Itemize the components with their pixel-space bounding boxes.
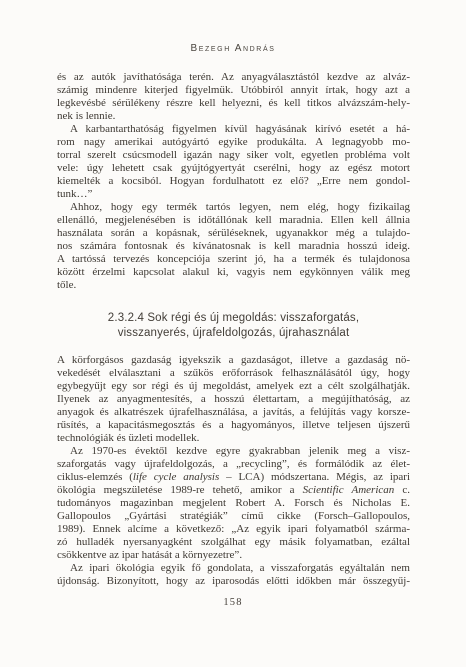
line-text: ökológia megszületése 1989-re tehető, am… — [57, 484, 303, 496]
text-line: A tartóssá tervezés koncepciója szerint … — [57, 253, 410, 266]
section-heading-line: visszanyerés, újrafeldolgozás, újrahaszn… — [61, 326, 406, 341]
book-page: Bezegh András és az autók javíthatósága … — [0, 0, 466, 667]
text-line: újdonság. Bizonyított, hogy az iparosodá… — [57, 575, 410, 588]
text-line: A karbantarthatóság figyelmen kívül hagy… — [57, 123, 410, 136]
line-text: zó hulladék nyersanyagként szolgálhat eg… — [57, 536, 410, 548]
line-text: technológiák és üzleti modellek. — [57, 432, 199, 444]
line-text: egybegyűjt egy sor régi és új megoldást,… — [57, 380, 410, 392]
text-line: legkevésbé sérülékeny részre kell helyez… — [57, 97, 410, 110]
text-line: vekedését elválasztani a szűkös erőforrá… — [57, 367, 410, 380]
line-text: Ilyenek az anyagmentesítés, a hosszú éle… — [57, 393, 410, 405]
running-head: Bezegh András — [0, 43, 466, 54]
line-text: Az 1970-es évektől kezdve egyre gyakrabb… — [70, 445, 410, 457]
text-line: rűsítés, a kapacitásmegosztás és a hagyo… — [57, 419, 410, 432]
text-line: között érzelmi kapcsolat alakul ki, vagy… — [57, 266, 410, 279]
line-text: A körforgásos gazdaság igyekszik a gazda… — [57, 354, 410, 366]
line-text: Ahhoz, hogy egy termék tartós legyen, ne… — [70, 201, 410, 213]
line-text: tudományos magazinban megjelent Robert A… — [57, 497, 410, 509]
line-text: nek is lennie. — [57, 110, 115, 122]
line-text: – LCA) módszertana. Mégis, az ipari — [219, 471, 410, 483]
line-text: rűsítés, a kapacitásmegosztás és a hagyo… — [57, 419, 410, 431]
text-line: ökológia megszületése 1989-re tehető, am… — [57, 484, 410, 497]
text-line: rom nagy amerikai autógyártó egyike prod… — [57, 136, 410, 149]
text-line: zó hulladék nyersanyagként szolgálhat eg… — [57, 536, 410, 549]
text-line: Ilyenek az anyagmentesítés, a hosszú éle… — [57, 393, 410, 406]
italic-journal-name: Scientific American — [303, 484, 395, 496]
text-line: egybegyűjt egy sor régi és új megoldást,… — [57, 380, 410, 393]
line-text: legkevésbé sérülékeny részre kell helyez… — [57, 97, 410, 109]
line-text: rom nagy amerikai autógyártó egyike prod… — [57, 136, 410, 148]
line-text: használata során a kopásnak, sérülésekne… — [57, 227, 410, 239]
text-line: Gallopoulos „Gyártási stratégiák” című c… — [57, 510, 410, 523]
text-line: A körforgásos gazdaság igyekszik a gazda… — [57, 354, 410, 367]
text-line: Az ipari ökológia egyik fő gondolata, a … — [57, 562, 410, 575]
line-text: között érzelmi kapcsolat alakul ki, vagy… — [57, 266, 410, 278]
page-number: 158 — [0, 597, 466, 608]
line-text: kiemelték a kocsiból. Hogyan fordulhatot… — [57, 175, 410, 187]
section-heading-line: 2.3.2.4 Sok régi és új megoldás: visszaf… — [61, 311, 406, 326]
text-line: tőle. — [57, 279, 410, 292]
line-text: újdonság. Bizonyított, hogy az iparosodá… — [57, 575, 410, 587]
text-line: nek is lennie. — [57, 110, 410, 123]
line-text: tőle. — [57, 279, 76, 291]
text-line: torral szerelt csúcsmodell igazán nagy s… — [57, 149, 410, 162]
text-line: tunk…” — [57, 188, 410, 201]
line-text: vele: úgy lehetett csak gyújtógyertyát c… — [57, 162, 410, 174]
line-text: Az ipari ökológia egyik fő gondolata, a … — [70, 562, 410, 574]
text-line: ellenálló, megjelenésében is időtállónak… — [57, 214, 410, 227]
line-text: ellenálló, megjelenésében is időtállónak… — [57, 214, 410, 226]
italic-term: life cycle analysis — [133, 471, 219, 483]
line-text: szaforgatás vagy újrafeldolgozás, a „rec… — [57, 458, 410, 470]
text-line: szaforgatás vagy újrafeldolgozás, a „rec… — [57, 458, 410, 471]
text-line: Az 1970-es évektől kezdve egyre gyakrabb… — [57, 445, 410, 458]
text-line: használata során a kopásnak, sérülésekne… — [57, 227, 410, 240]
text-line: és az autók javíthatósága terén. Az anya… — [57, 71, 410, 84]
text-line: számig mindenre kiterjed figyelmük. Utób… — [57, 84, 410, 97]
text-line: 1989). Ennek alcíme a következő: „Az egy… — [57, 523, 410, 536]
text-line: kiemelték a kocsiból. Hogyan fordulhatot… — [57, 175, 410, 188]
text-block: és az autók javíthatósága terén. Az anya… — [57, 71, 410, 588]
line-text: Gallopoulos „Gyártási stratégiák” című c… — [57, 510, 410, 522]
text-line: nos számára fontosnak és kívánatosnak is… — [57, 240, 410, 253]
text-line: Ahhoz, hogy egy termék tartós legyen, ne… — [57, 201, 410, 214]
line-text: tunk…” — [57, 188, 92, 200]
line-text: c. — [394, 484, 410, 496]
line-text: vekedését elválasztani a szűkös erőforrá… — [57, 367, 410, 379]
line-text: 1989). Ennek alcíme a következő: „Az egy… — [57, 523, 410, 535]
text-line: ciklus-elemzés (life cycle analysis – LC… — [57, 471, 410, 484]
line-text: ciklus-elemzés ( — [57, 471, 133, 483]
line-text: nos számára fontosnak és kívánatosnak is… — [57, 240, 410, 252]
text-line: vele: úgy lehetett csak gyújtógyertyát c… — [57, 162, 410, 175]
text-line: tudományos magazinban megjelent Robert A… — [57, 497, 410, 510]
section-heading: 2.3.2.4 Sok régi és új megoldás: visszaf… — [61, 311, 406, 341]
text-line: csökkentve az ipar hatását a környezetre… — [57, 549, 410, 562]
line-text: számig mindenre kiterjed figyelmük. Utób… — [57, 84, 410, 96]
line-text: A karbantarthatóság figyelmen kívül hagy… — [70, 123, 410, 135]
line-text: A tartóssá tervezés koncepciója szerint … — [57, 253, 410, 265]
line-text: anyagok és alkatrészek újrafelhasználása… — [57, 406, 410, 418]
text-line: anyagok és alkatrészek újrafelhasználása… — [57, 406, 410, 419]
line-text: és az autók javíthatósága terén. Az anya… — [57, 71, 410, 83]
line-text: torral szerelt csúcsmodell igazán nagy s… — [57, 149, 410, 161]
text-line: technológiák és üzleti modellek. — [57, 432, 410, 445]
line-text: csökkentve az ipar hatását a környezetre… — [57, 549, 242, 561]
